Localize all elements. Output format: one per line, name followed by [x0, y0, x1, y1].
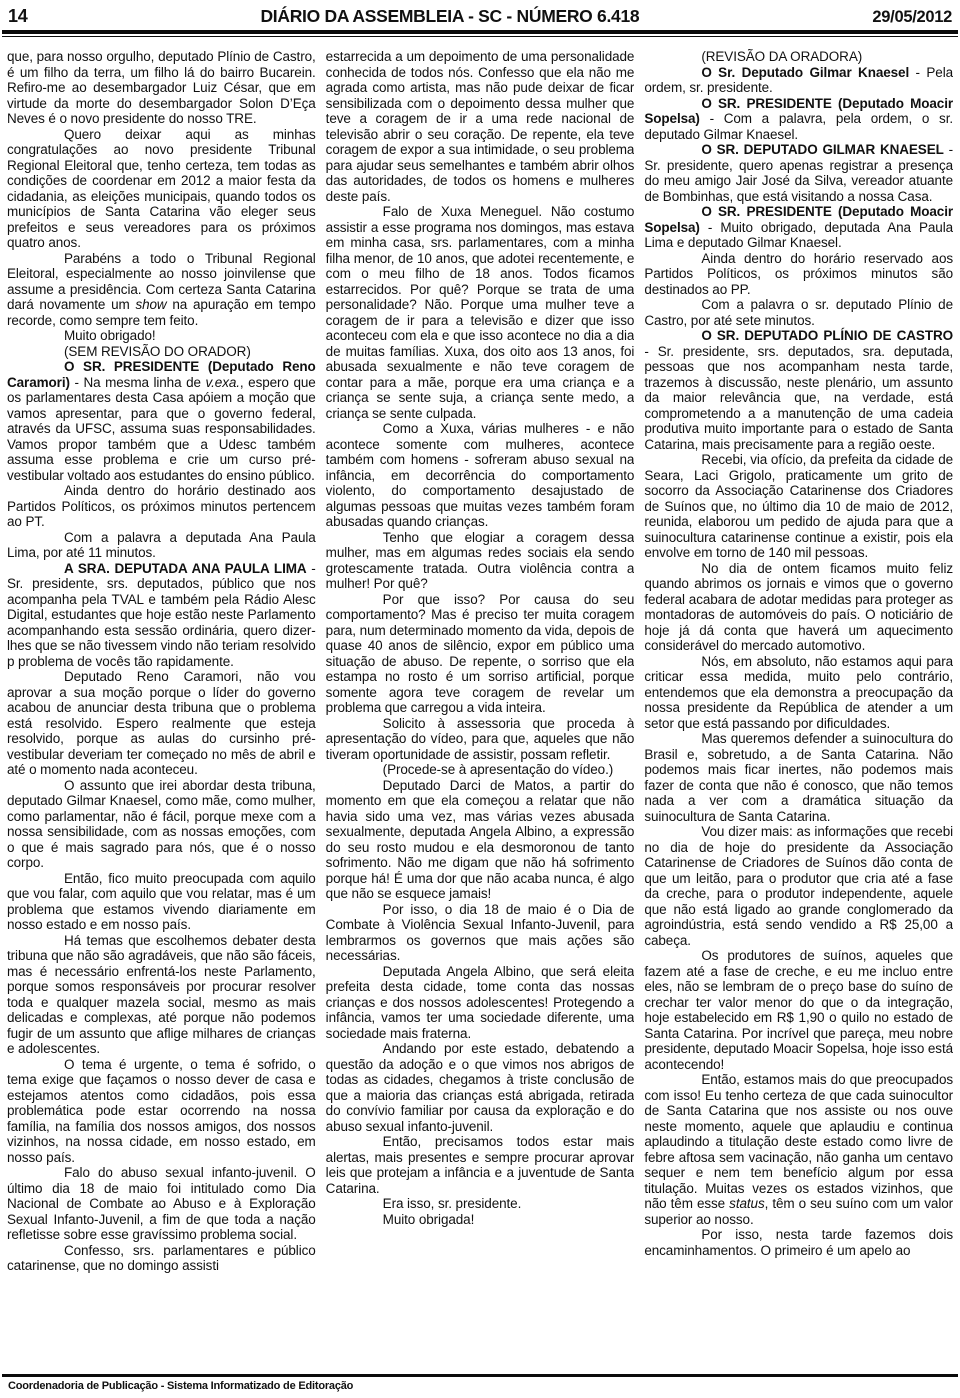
paragraph: Parabéns a todo o Tribunal Regional Elei… — [7, 251, 316, 329]
paragraph: O SR. PRESIDENTE (Deputado Moacir Sopels… — [644, 204, 953, 251]
paragraph: Recebi, via ofício, da prefeita da cidad… — [644, 452, 953, 561]
text-run: O tema é urgente, o tema é sofrido, o te… — [7, 1057, 316, 1165]
paragraph: O SR. DEPUTADO PLÍNIO DE CASTRO - Sr. pr… — [644, 328, 953, 452]
paragraph: (SEM REVISÃO DO ORADOR) — [7, 344, 316, 360]
text-run: Então, fico muito preocupada com aquilo … — [7, 871, 316, 933]
speaker-name: O Sr. Deputado Gilmar Knaesel — [701, 65, 909, 80]
text-run: Muito obrigada! — [383, 1212, 475, 1227]
text-run: Andando por este estado, debatendo a que… — [326, 1041, 635, 1134]
paragraph: Com a palavra o sr. deputado Plínio de C… — [644, 297, 953, 328]
page-date: 29/05/2012 — [872, 8, 952, 27]
paragraph: Como a Xuxa, várias mulheres - e não aco… — [326, 421, 635, 530]
paragraph: (Procede-se à apresentação do vídeo.) — [326, 762, 635, 778]
paragraph: O SR. PRESIDENTE (Deputado Reno Caramori… — [7, 359, 316, 483]
paragraph: Confesso, srs. parlamentares e público c… — [7, 1243, 316, 1274]
speaker-name: A SRA. DEPUTADA ANA PAULA LIMA — [64, 561, 307, 576]
text-run: Falo de Xuxa Meneguel. Não costumo assis… — [326, 204, 635, 421]
text-run: Por isso, o dia 18 de maio é o Dia de Co… — [326, 902, 635, 964]
paragraph: Solicito à assessoria que proceda à apre… — [326, 716, 635, 763]
paragraph: Ainda dentro do horário destinado aos Pa… — [7, 483, 316, 530]
italic-term: v.exa. — [206, 375, 240, 390]
paragraph: Deputado Reno Caramori, não vou aprovar … — [7, 669, 316, 778]
text-run: Era isso, sr. presidente. — [383, 1196, 522, 1211]
text-run: Vou dizer mais: as informações que receb… — [644, 824, 953, 948]
paragraph: Falo de Xuxa Meneguel. Não costumo assis… — [326, 204, 635, 421]
text-run: Deputado Reno Caramori, não vou aprovar … — [7, 669, 316, 777]
paragraph: Tenho que elogiar a coragem dessa mulher… — [326, 530, 635, 592]
paragraph: Os produtores de suínos, aqueles que faz… — [644, 948, 953, 1072]
text-run: Como a Xuxa, várias mulheres - e não aco… — [326, 421, 635, 529]
paragraph: estarrecida a um depoimento de uma perso… — [326, 49, 635, 204]
text-run: Então, precisamos todos estar mais alert… — [326, 1134, 635, 1196]
paragraph: O tema é urgente, o tema é sofrido, o te… — [7, 1057, 316, 1166]
paragraph: Deputado Darci de Matos, a partir do mom… — [326, 778, 635, 902]
text-run: (Procede-se à apresentação do vídeo.) — [383, 762, 613, 777]
text-run: Solicito à assessoria que proceda à apre… — [326, 716, 635, 762]
paragraph: Muito obrigada! — [326, 1212, 635, 1228]
text-run: estarrecida a um depoimento de uma perso… — [326, 49, 635, 204]
page-header: 14 DIÁRIO DA ASSEMBLEIA - SC - NÚMERO 6.… — [0, 0, 960, 29]
text-run: Por isso, nesta tarde fazemos dois encam… — [644, 1227, 953, 1258]
paragraph: Com a palavra a deputada Ana Paula Lima,… — [7, 530, 316, 561]
paragraph: Muito obrigado! — [7, 328, 316, 344]
paragraph: Ainda dentro do horário reservado aos Pa… — [644, 251, 953, 298]
text-run: Deputada Angela Albino, que será eleita … — [326, 964, 635, 1041]
gazette-page: 14 DIÁRIO DA ASSEMBLEIA - SC - NÚMERO 6.… — [0, 0, 960, 1398]
paragraph: O assunto que irei abordar desta tribuna… — [7, 778, 316, 871]
italic-term: status — [729, 1196, 764, 1211]
header-rule-thick — [2, 30, 958, 34]
text-run: Com a palavra o sr. deputado Plínio de C… — [644, 297, 953, 328]
text-run: Ainda dentro do horário destinado aos Pa… — [7, 483, 316, 529]
text-run: Com a palavra a deputada Ana Paula Lima,… — [7, 530, 316, 561]
text-run: No dia de ontem ficamos muito feliz quan… — [644, 561, 953, 654]
text-run: (SEM REVISÃO DO ORADOR) — [64, 344, 251, 359]
paragraph: O Sr. Deputado Gilmar Knaesel - Pela ord… — [644, 65, 953, 96]
page-footer: Coordenadoria de Publicação - Sistema In… — [0, 1374, 960, 1398]
column-3: (REVISÃO DA ORADORA)O Sr. Deputado Gilma… — [644, 49, 953, 1365]
text-run: Os produtores de suínos, aqueles que faz… — [644, 948, 953, 1072]
paragraph: Nós, em absoluto, não estamos aqui para … — [644, 654, 953, 732]
paragraph: Por isso, o dia 18 de maio é o Dia de Co… — [326, 902, 635, 964]
paragraph: Andando por este estado, debatendo a que… — [326, 1041, 635, 1134]
paragraph: Quero deixar aqui as minhas congratulaçõ… — [7, 127, 316, 251]
page-title: DIÁRIO DA ASSEMBLEIA - SC - NÚMERO 6.418 — [27, 6, 872, 27]
speaker-name: O SR. DEPUTADO GILMAR KNAESEL — [701, 142, 943, 157]
paragraph: O SR. PRESIDENTE (Deputado Moacir Sopels… — [644, 96, 953, 143]
text-run: Falo do abuso sexual infanto-juvenil. O … — [7, 1165, 316, 1242]
column-2: estarrecida a um depoimento de uma perso… — [326, 49, 635, 1365]
paragraph: Mas queremos defender a suinocultura do … — [644, 731, 953, 824]
text-run: - Na mesma linha de — [70, 375, 206, 390]
speaker-name: O SR. DEPUTADO PLÍNIO DE CASTRO — [701, 328, 953, 343]
italic-term: show — [135, 297, 166, 312]
paragraph: Era isso, sr. presidente. — [326, 1196, 635, 1212]
text-run: Há temas que escolhemos debater desta tr… — [7, 933, 316, 1057]
text-run: Muito obrigado! — [64, 328, 156, 343]
text-run: Deputado Darci de Matos, a partir do mom… — [326, 778, 635, 902]
text-run: Então, estamos mais do que preocupados c… — [644, 1072, 953, 1211]
text-run: Nós, em absoluto, não estamos aqui para … — [644, 654, 953, 731]
text-run: que, para nosso orgulho, deputado Plínio… — [7, 49, 316, 126]
paragraph: Vou dizer mais: as informações que receb… — [644, 824, 953, 948]
paragraph: Falo do abuso sexual infanto-juvenil. O … — [7, 1165, 316, 1243]
column-1: que, para nosso orgulho, deputado Plínio… — [7, 49, 316, 1365]
paragraph: (REVISÃO DA ORADORA) — [644, 49, 953, 65]
text-run: Por que isso? Por causa do seu comportam… — [326, 592, 635, 716]
paragraph: O SR. DEPUTADO GILMAR KNAESEL - Sr. pres… — [644, 142, 953, 204]
text-run: , espero que os parlamentares desta Casa… — [7, 375, 316, 483]
text-run: (REVISÃO DA ORADORA) — [701, 49, 862, 64]
text-run: O assunto que irei abordar desta tribuna… — [7, 778, 316, 871]
text-run: - Sr. presidente, srs. deputados, sra. d… — [644, 344, 953, 452]
text-run: Ainda dentro do horário reservado aos Pa… — [644, 251, 953, 297]
paragraph: Então, precisamos todos estar mais alert… — [326, 1134, 635, 1196]
paragraph: Por isso, nesta tarde fazemos dois encam… — [644, 1227, 953, 1258]
text-run: Confesso, srs. parlamentares e público c… — [7, 1243, 316, 1274]
paragraph: que, para nosso orgulho, deputado Plínio… — [7, 49, 316, 127]
paragraph: Então, estamos mais do que preocupados c… — [644, 1072, 953, 1227]
text-run: Recebi, via ofício, da prefeita da cidad… — [644, 452, 953, 560]
text-run: Quero deixar aqui as minhas congratulaçõ… — [7, 127, 316, 251]
paragraph: Por que isso? Por causa do seu comportam… — [326, 592, 635, 716]
paragraph: Há temas que escolhemos debater desta tr… — [7, 933, 316, 1057]
page-number: 14 — [8, 6, 27, 27]
text-run: Mas queremos defender a suinocultura do … — [644, 731, 953, 824]
paragraph: Deputada Angela Albino, que será eleita … — [326, 964, 635, 1042]
footer-text: Coordenadoria de Publicação - Sistema In… — [0, 1377, 960, 1398]
paragraph: No dia de ontem ficamos muito feliz quan… — [644, 561, 953, 654]
text-run: Tenho que elogiar a coragem dessa mulher… — [326, 530, 635, 592]
content-columns: que, para nosso orgulho, deputado Plínio… — [0, 37, 960, 1365]
paragraph: Então, fico muito preocupada com aquilo … — [7, 871, 316, 933]
text-run: - Sr. presidente, srs. deputados, públic… — [7, 561, 316, 669]
paragraph: A SRA. DEPUTADA ANA PAULA LIMA - Sr. pre… — [7, 561, 316, 670]
